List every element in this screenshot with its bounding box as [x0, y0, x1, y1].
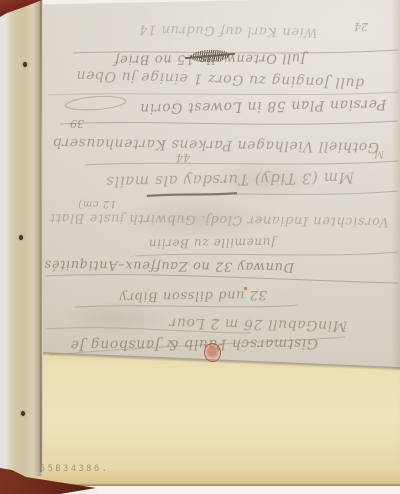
ink-fleck: [244, 287, 247, 290]
catalog-number-stamp: 65B34386.: [40, 464, 109, 474]
handwriting-note: 12 cm): [72, 198, 122, 208]
handwriting-line: MinGabull 26 m 2 Lour: [150, 315, 366, 333]
margin-mark: 44: [176, 151, 190, 164]
handwriting-line: Gistmarsch Paulb & Jansbong Je: [44, 336, 344, 352]
handwriting-line: Dunway 32 no Zauffeux–Antiquités: [44, 258, 294, 274]
margin-mark: 39: [70, 117, 84, 130]
handwriting-line: 32 und dilsson Bibry: [94, 288, 292, 304]
handwriting-line: Mm (3 Tidy) Tursday als mails: [196, 170, 354, 188]
handwriting-line: Wien Karl auf Gudrun 14: [112, 22, 344, 39]
handwriting-line: Gothiell Vielhagen Parkens Kartenhauserb: [95, 136, 379, 154]
page-number: 24: [354, 20, 368, 33]
handwriting-line: Junemille zu Berlin: [148, 236, 276, 250]
manuscript-scan: Wien Karl auf Gudrun 14 Jull Ortenwalls …: [0, 0, 400, 494]
margin-mark: M: [374, 148, 384, 159]
